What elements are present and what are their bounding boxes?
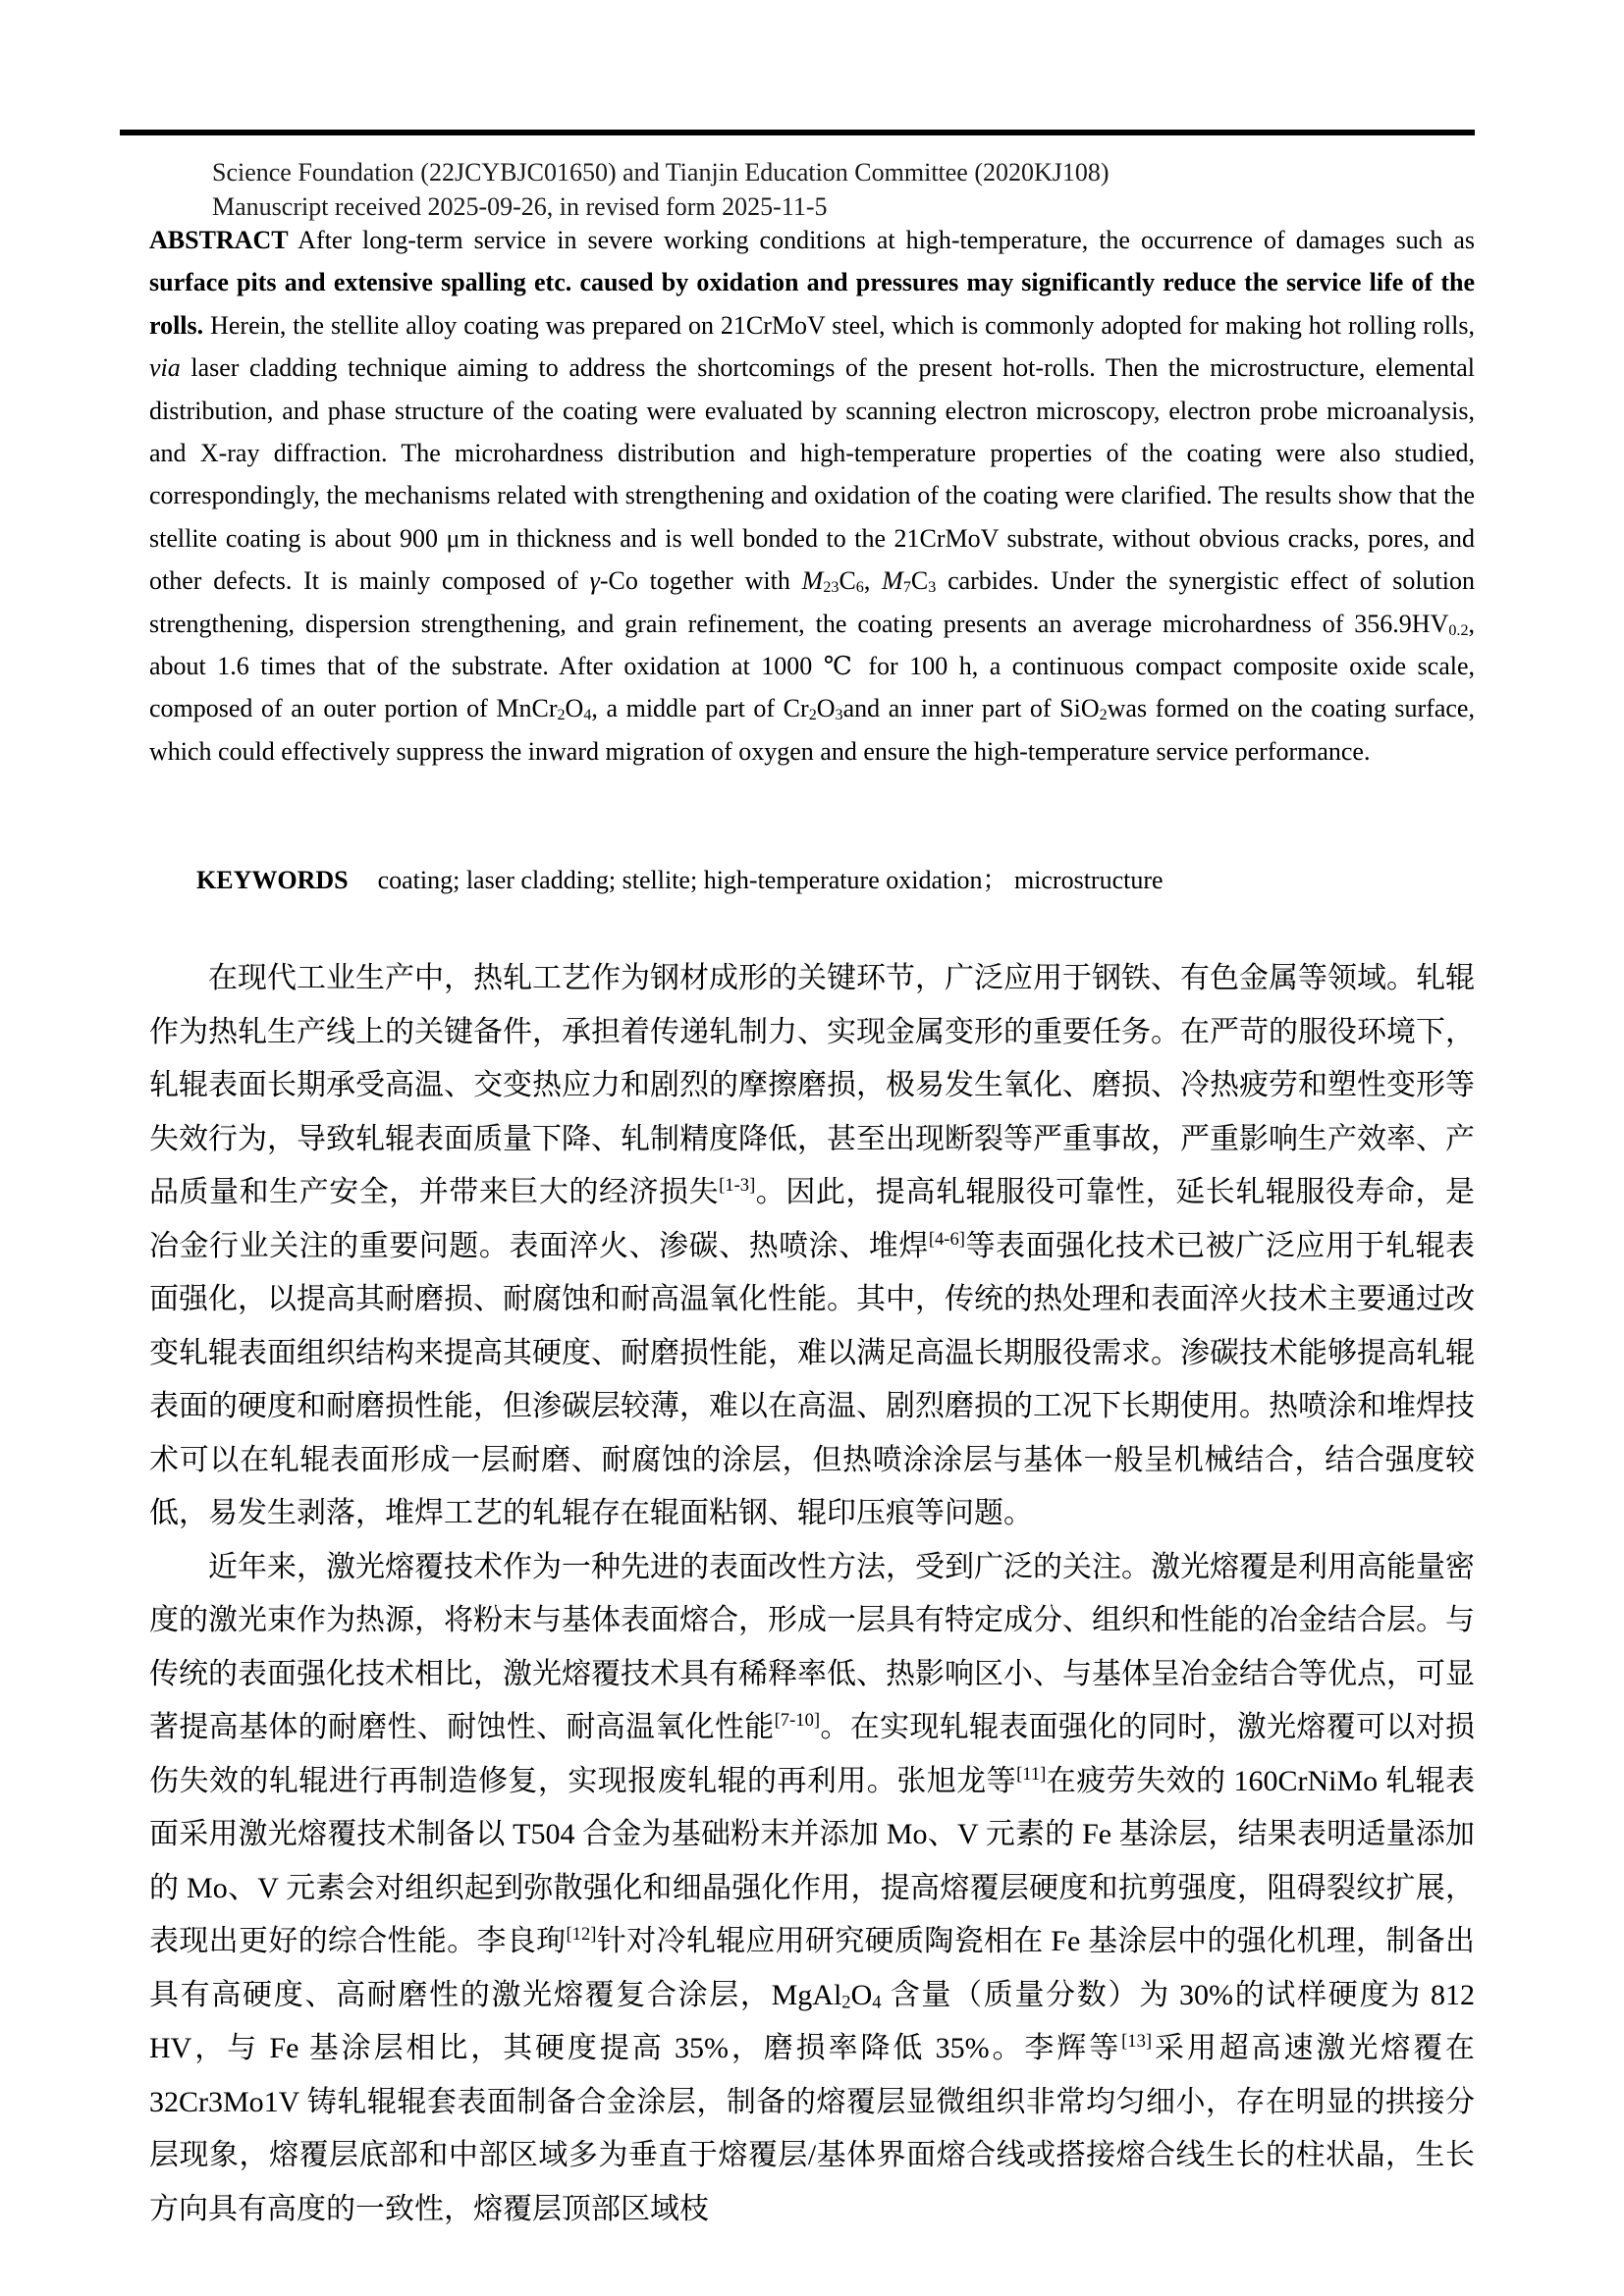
keywords-label: KEYWORDS xyxy=(196,866,349,894)
intro-paragraph-2: 近年来，激光熔覆技术作为一种先进的表面改性方法，受到广泛的关注。激光熔覆是利用高… xyxy=(149,1541,1475,2237)
top-rule xyxy=(120,130,1475,135)
funding-note-line: Science Foundation (22JCYBJC01650) and T… xyxy=(149,155,1475,189)
keywords-text: coating; laser cladding; stellite; high-… xyxy=(378,866,1164,894)
manuscript-header: Science Foundation (22JCYBJC01650) and T… xyxy=(149,155,1475,224)
page: { "page": { "colors": { "background": "#… xyxy=(0,0,1624,2296)
abstract-paragraph: ABSTRACT After long-term service in seve… xyxy=(149,219,1475,773)
intro-paragraph-1: 在现代工业生产中，热轧工艺作为钢材成形的关键环节，广泛应用于钢铁、有色金属等领域… xyxy=(149,952,1475,1541)
introduction-section: 在现代工业生产中，热轧工艺作为钢材成形的关键环节，广泛应用于钢铁、有色金属等领域… xyxy=(149,952,1475,2236)
keywords-line: KEYWORDScoating; laser cladding; stellit… xyxy=(149,859,1475,901)
